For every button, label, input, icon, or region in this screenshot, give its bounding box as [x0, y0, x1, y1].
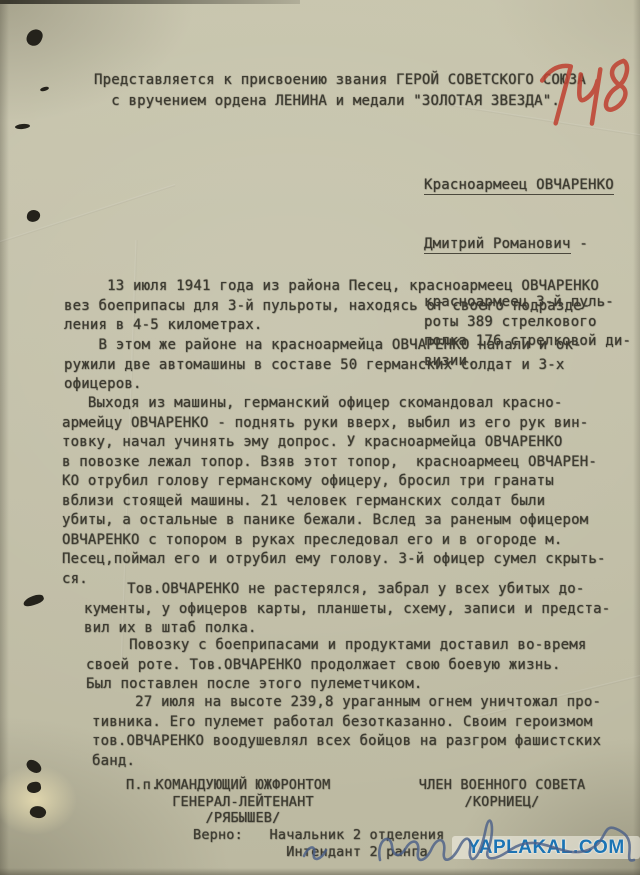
document-header: Представляется к присвоению звания ГЕРОЙ… — [94, 70, 586, 111]
red-pencil-number — [534, 47, 639, 145]
paragraph-3: Выходя из машины, германский офицер ском… — [62, 394, 606, 589]
paragraph-5: Повозку с боеприпасами и продуктами дост… — [86, 636, 586, 695]
verno-label: Верно: — [193, 827, 243, 844]
paragraph-1: 13 июля 1941 года из района Песец, красн… — [64, 277, 599, 336]
ink-blotch — [15, 123, 30, 129]
ink-blotch — [40, 86, 50, 92]
paragraph-6: 27 июля на высоте 239,8 ураганным огнем … — [92, 693, 601, 771]
paragraph-4: Тов.ОВЧАРЕНКО не растерялся, забрал у вс… — [84, 580, 610, 639]
ink-blotch — [25, 27, 45, 48]
subject-name-line: Красноармеец ОВЧАРЕНКО — [424, 176, 631, 196]
handwritten-signature — [300, 798, 640, 875]
paper-stain — [0, 750, 95, 850]
ink-blotch — [26, 209, 41, 223]
paragraph-2: В этом же районе на красноармейца ОВЧАРЕ… — [64, 336, 582, 395]
scanned-document-page: Представляется к присвоению звания ГЕРОЙ… — [0, 0, 640, 875]
left-page-edge — [0, 0, 9, 875]
subject-patronymic-line: Дмитрий Романович - — [424, 235, 631, 255]
torn-top-edge — [0, 0, 300, 4]
ink-blotch — [22, 593, 45, 609]
